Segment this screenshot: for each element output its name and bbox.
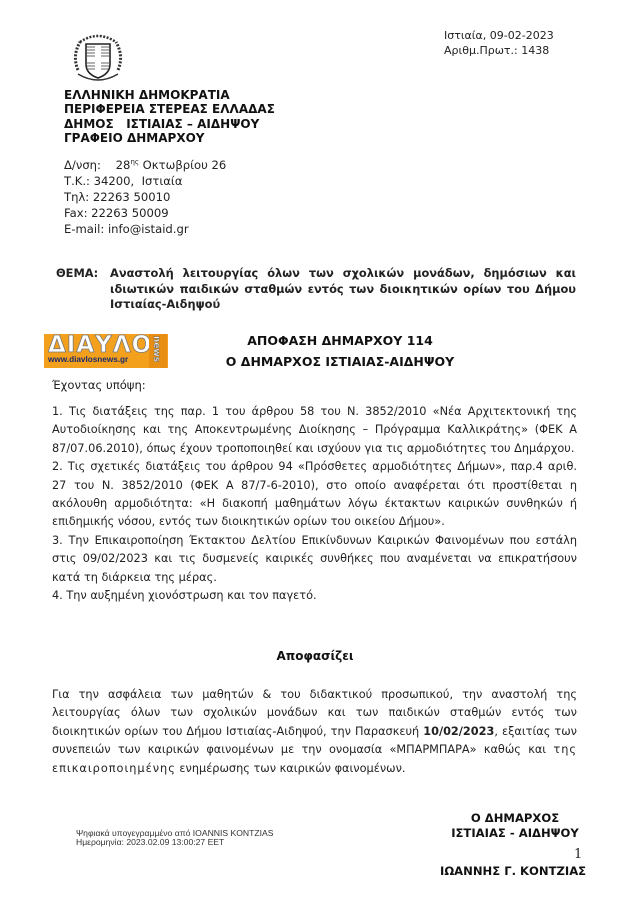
logo-url: www.diavlosnews.gr [48, 355, 128, 364]
decision-title-block: ΑΠΟΦΑΣΗ ΔΗΜΑΡΧΟΥ 114 Ο ΔΗΜΑΡΧΟΣ ΙΣΤΙΑΙΑΣ… [210, 330, 470, 372]
subject-text: Αναστολή λειτουργίας όλων των σχολικών μ… [110, 266, 576, 313]
signature-block: Ο ΔΗΜΑΡΧΟΣ ΙΣΤΙΑΙΑΣ - ΑΙΔΗΨΟΥ [430, 811, 600, 841]
digital-signature-date: Ημερομηνία: 2023.02.09 13:00:27 EET [76, 838, 273, 847]
phone: Τηλ: 22263 50010 [64, 189, 226, 205]
consideration-item: 3. Την Επικαιροποίηση Έκτακτου Δελτίου Ε… [52, 532, 577, 587]
document-meta: Ιστιαία, 09-02-2023 Αριθμ.Πρωτ.: 1438 [444, 28, 554, 58]
postal-code: Τ.Κ.: 34200, Ιστιαία [64, 173, 226, 189]
consideration-item: 4. Την αυξημένη χιονόστρωση και τον παγε… [52, 587, 577, 605]
greek-coat-of-arms-icon [68, 30, 128, 86]
email: E-mail: info@istaid.gr [64, 221, 226, 237]
organization-header: ΕΛΛΗΝΙΚΗ ΔΗΜΟΚΡΑΤΙΑ ΠΕΡΙΦΕΡΕΙΑ ΣΤΕΡΕΑΣ Ε… [64, 88, 275, 145]
consideration-item: 2. Τις σχετικές διατάξεις του άρθρου 94 … [52, 458, 577, 532]
decision-subtitle: Ο ΔΗΜΑΡΧΟΣ ΙΣΤΙΑΙΑΣ-ΑΙΔΗΨΟΥ [210, 351, 470, 372]
fax: Fax: 22263 50009 [64, 205, 226, 221]
contact-info: Δ/νση: 28ης Οκτωβρίου 26 Τ.Κ.: 34200, Ισ… [64, 154, 226, 237]
considering-heading: Έχοντας υπόψη: [52, 378, 146, 392]
digital-signature-stamp: Ψηφιακά υπογεγραμμένο από IOANNIS KONTZI… [76, 829, 273, 847]
decision-body: Για την ασφάλεια των μαθητών & του διδακ… [52, 686, 577, 778]
email-link[interactable]: info@istaid.gr [108, 222, 189, 236]
suspension-date: 10/02/2023 [423, 725, 494, 738]
diavlos-news-logo: ΔΙΑΥΛΟΣ www.diavlosnews.gr news [44, 334, 168, 368]
consideration-item: 1. Τις διατάξεις της παρ. 1 του άρθρου 5… [52, 403, 577, 458]
logo-news-tag: news [149, 334, 167, 368]
decision-title: ΑΠΟΦΑΣΗ ΔΗΜΑΡΧΟΥ 114 [210, 330, 470, 351]
considerations-list: 1. Τις διατάξεις της παρ. 1 του άρθρου 5… [52, 403, 577, 605]
signature-municipality: ΙΣΤΙΑΙΑΣ - ΑΙΔΗΨΟΥ [430, 826, 600, 841]
protocol-number: Αριθμ.Πρωτ.: 1438 [444, 43, 554, 58]
signer-name: ΙΩΑΝΝΗΣ Γ. ΚΟΝΤΖΙΑΣ [440, 864, 586, 878]
address: Δ/νση: 28ης Οκτωβρίου 26 [64, 154, 226, 173]
signature-role: Ο ΔΗΜΑΡΧΟΣ [430, 811, 600, 826]
org-line-republic: ΕΛΛΗΝΙΚΗ ΔΗΜΟΚΡΑΤΙΑ [64, 88, 275, 102]
decides-heading: Αποφασίζει [0, 649, 630, 663]
subject: ΘΕΜΑ: Αναστολή λειτουργίας όλων των σχολ… [56, 266, 576, 313]
org-line-region: ΠΕΡΙΦΕΡΕΙΑ ΣΤΕΡΕΑΣ ΕΛΛΑΔΑΣ [64, 102, 275, 116]
page-number: 1 [574, 847, 582, 862]
subject-label: ΘΕΜΑ: [56, 266, 98, 282]
org-line-office: ΓΡΑΦΕΙΟ ΔΗΜΑΡΧΟΥ [64, 131, 275, 145]
org-line-municipality: ΔΗΜΟΣ ΙΣΤΙΑΙΑΣ – ΑΙΔΗΨΟΥ [64, 117, 275, 131]
place-date: Ιστιαία, 09-02-2023 [444, 28, 554, 43]
